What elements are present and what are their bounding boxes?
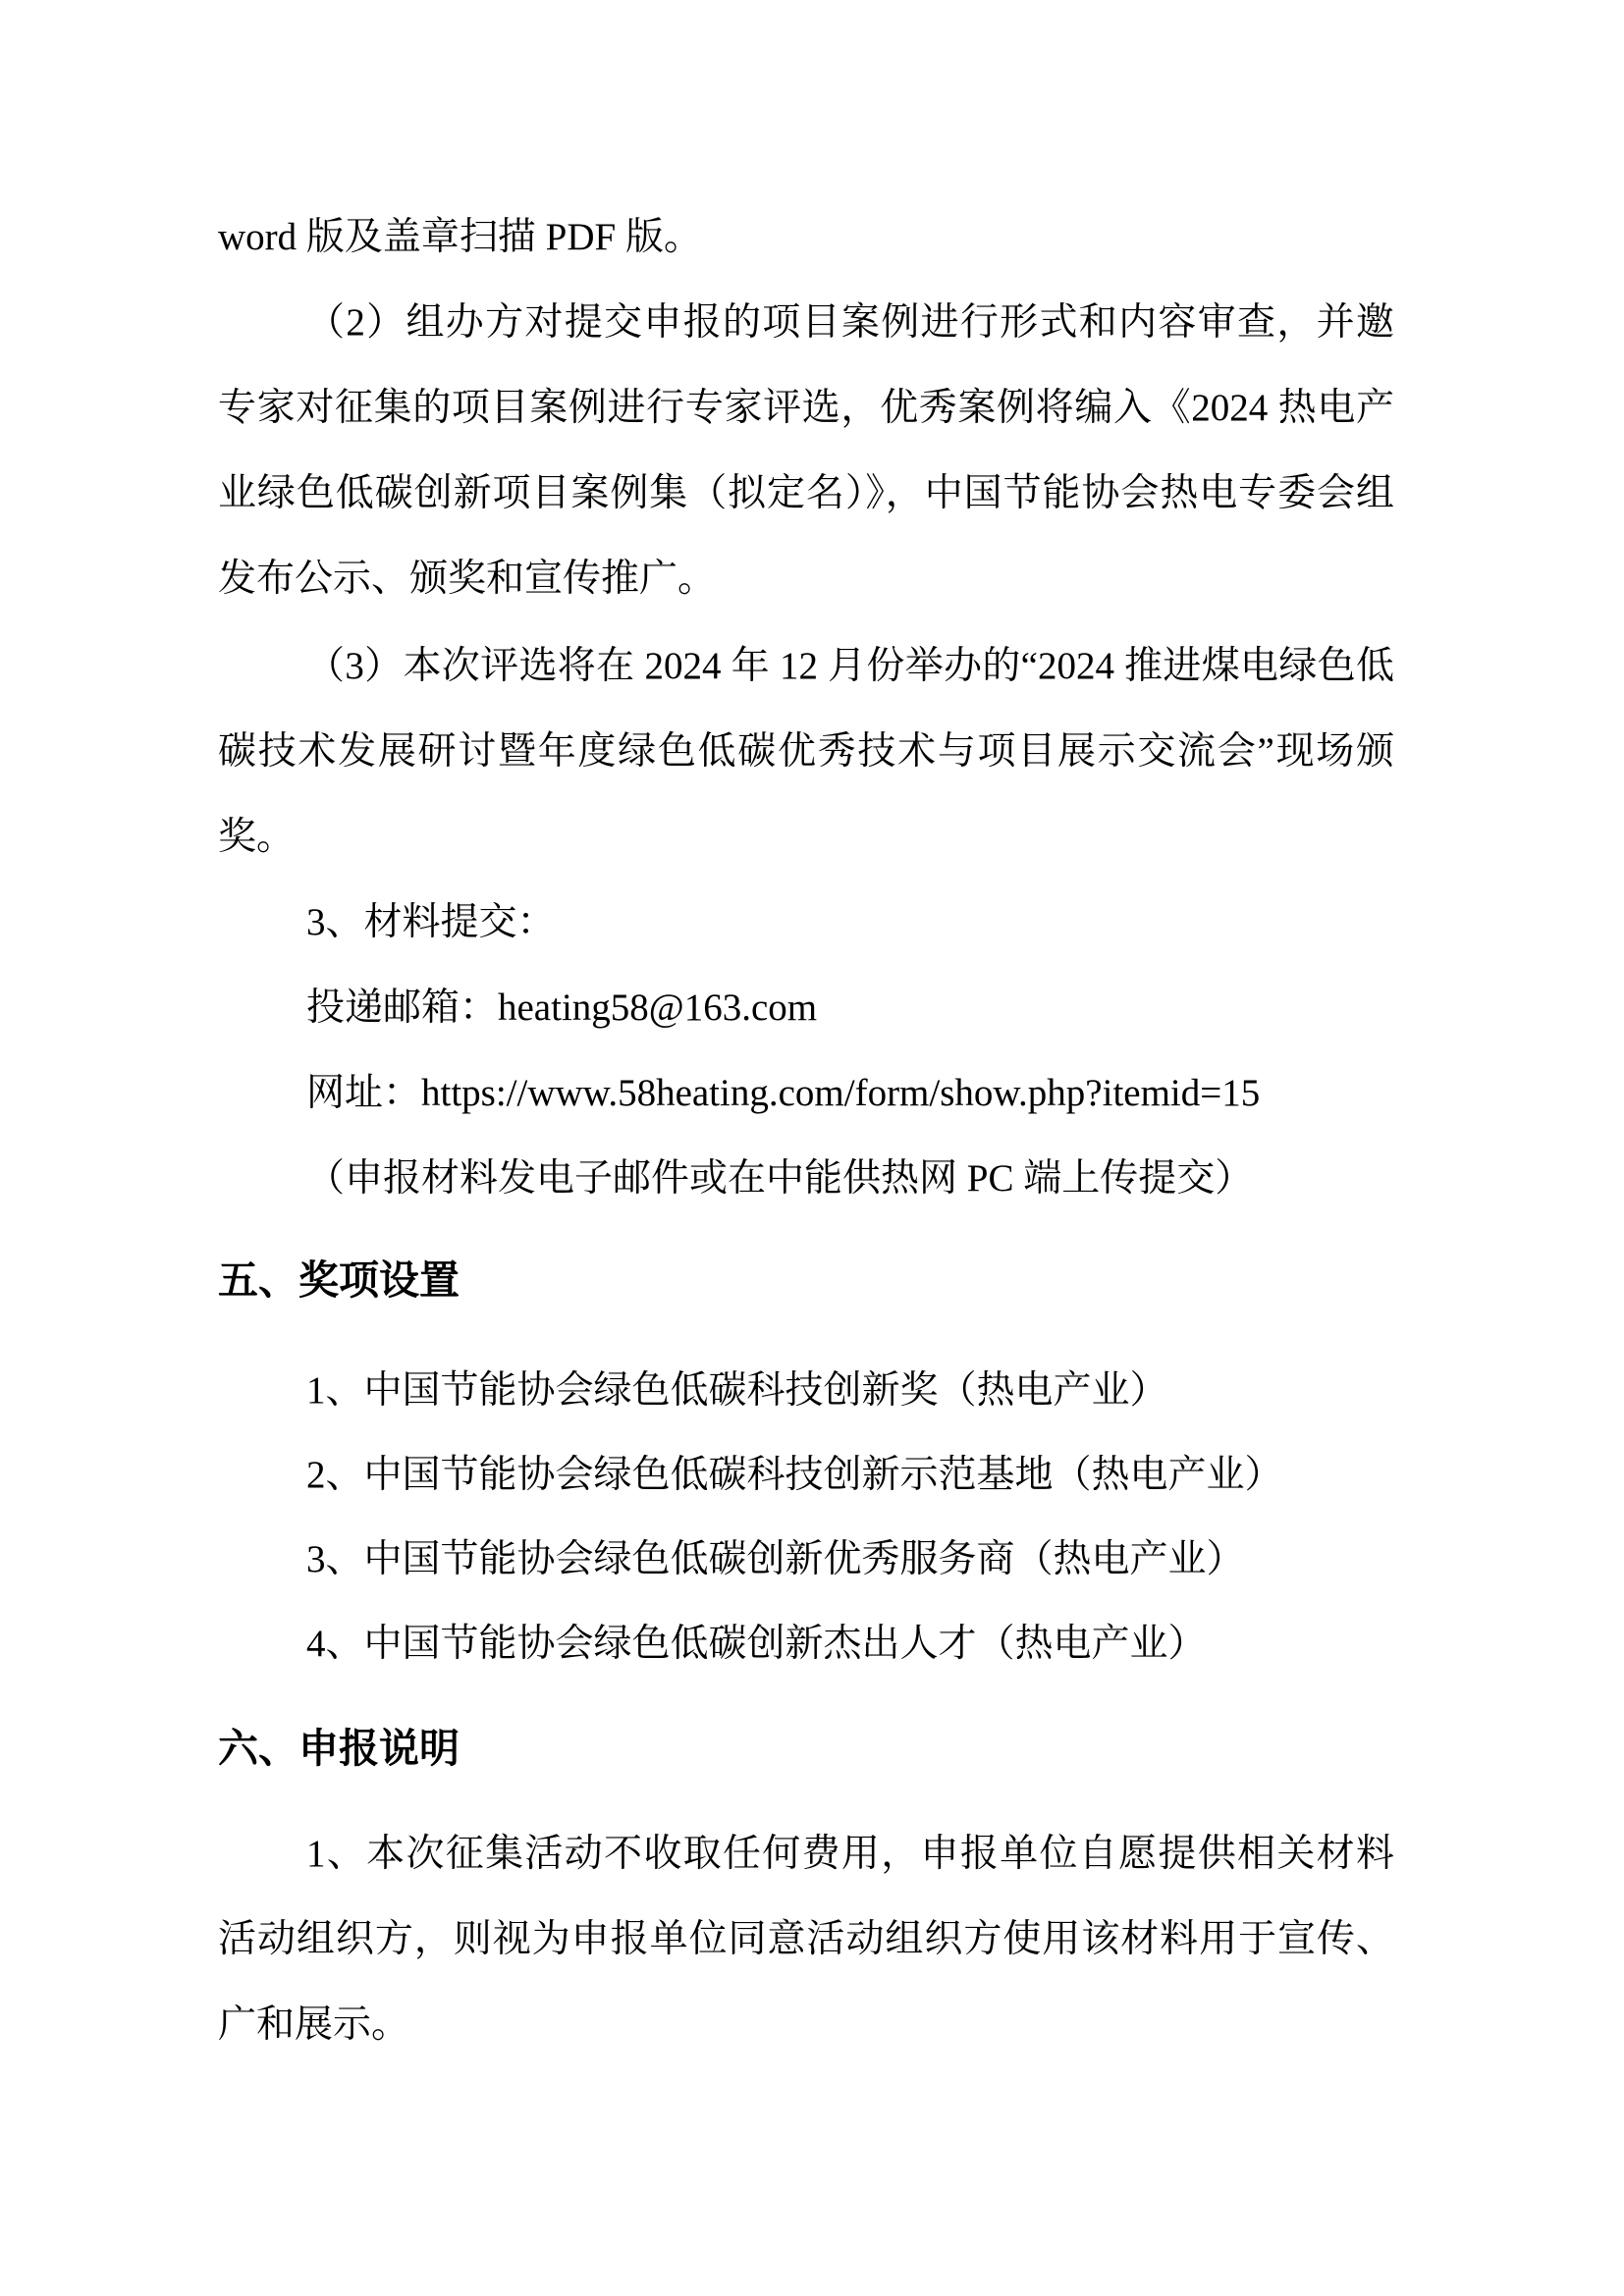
award-item-1: 1、中国节能协会绿色低碳科技创新奖（热电产业） [306, 1363, 1168, 1418]
section-heading-declaration: 六、申报说明 [218, 1721, 460, 1776]
doc-line-item2-cont2: 业绿色低碳创新项目案例集（拟定名）》，中国节能协会热电专委会组织 [218, 466, 1394, 521]
doc-line-item2-end: 发布公示、颁奖和宣传推广。 [218, 552, 716, 607]
award-item-3: 3、中国节能协会绿色低碳创新优秀服务商（热电产业） [306, 1532, 1245, 1587]
doc-line-upload-note: （申报材料发电子邮件或在中能供热网 PC 端上传提交） [306, 1151, 1253, 1206]
award-item-2: 2、中国节能协会绿色低碳科技创新示范基地（热电产业） [306, 1448, 1283, 1503]
doc-line-item3-end: 奖。 [218, 810, 295, 865]
doc-line-item2-cont1: 专家对征集的项目案例进行专家评选，优秀案例将编入《2024 热电产 [218, 381, 1394, 436]
document-page: word 版及盖章扫描 PDF 版。 （2）组办方对提交申报的项目案例进行形式和… [0, 0, 1624, 2296]
doc-line-declaration-cont: 活动组织方，则视为申报单位同意活动组织方使用该材料用于宣传、推 [218, 1912, 1394, 1967]
doc-line-url: 网址：https://www.58heating.com/form/show.p… [306, 1066, 1260, 1121]
section-heading-awards: 五、奖项设置 [218, 1253, 460, 1308]
doc-line-word-pdf: word 版及盖章扫描 PDF 版。 [218, 210, 702, 265]
award-item-4: 4、中国节能协会绿色低碳创新杰出人才（热电产业） [306, 1617, 1207, 1672]
doc-line-declaration-start: 1、本次征集活动不收取任何费用，申报单位自愿提供相关材料给 [306, 1827, 1394, 1882]
doc-line-item3-cont: 碳技术发展研讨暨年度绿色低碳优秀技术与项目展示交流会”现场颁 [218, 724, 1394, 779]
doc-line-item2-start: （2）组办方对提交申报的项目案例进行形式和内容审查，并邀请 [306, 295, 1394, 350]
doc-line-declaration-end: 广和展示。 [218, 1998, 409, 2053]
doc-line-material-submit: 3、材料提交： [306, 895, 556, 950]
doc-line-email: 投递邮箱：heating58@163.com [306, 981, 817, 1036]
doc-line-item3-start: （3）本次评选将在 2024 年 12 月份举办的“2024 推进煤电绿色低 [306, 639, 1394, 694]
